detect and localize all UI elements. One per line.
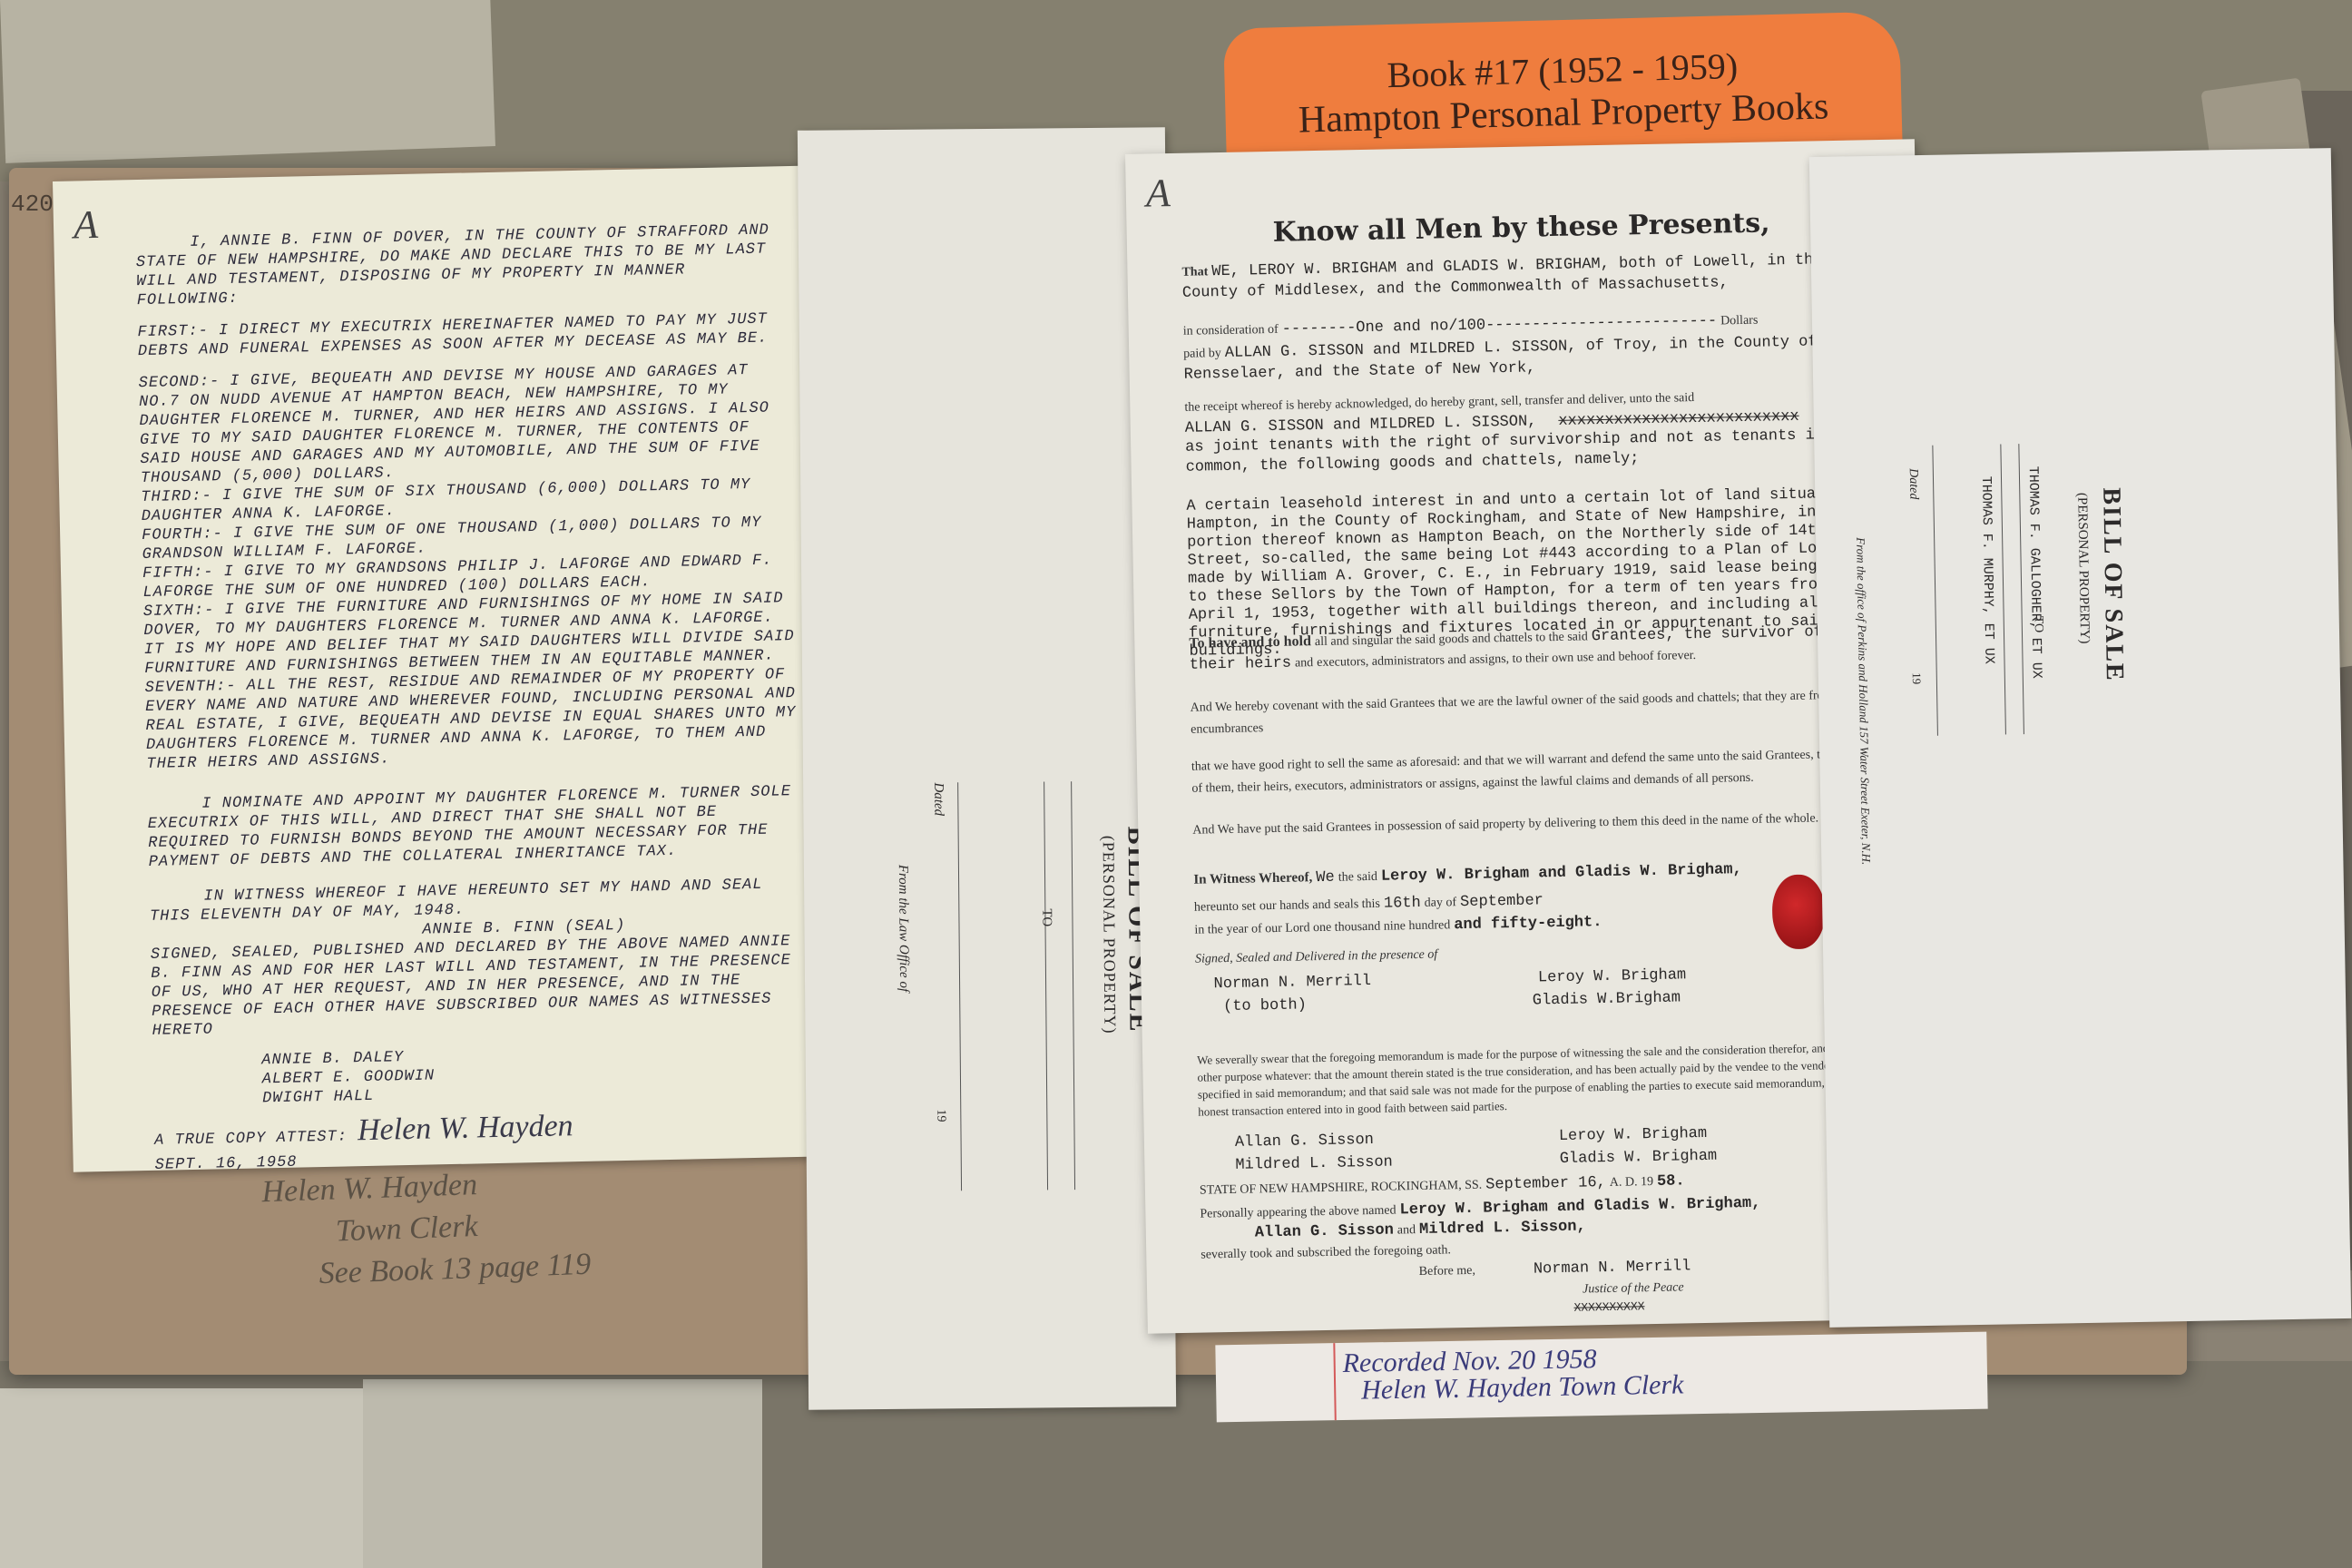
true-copy-label: A TRUE COPY ATTEST:: [154, 1128, 348, 1149]
dated-label: Dated: [1906, 468, 1921, 499]
oath-signature: Allan G. Sisson: [1235, 1132, 1374, 1151]
habendum-lead: To have and to hold: [1189, 633, 1311, 652]
day: 16th: [1384, 895, 1421, 913]
oath-signature: Gladis W. Brigham: [1560, 1148, 1718, 1168]
year-label: 19: [1909, 672, 1924, 684]
oath-signature: Leroy W. Brigham: [1559, 1125, 1708, 1145]
parties-prefix: That: [1181, 265, 1208, 279]
grantors: WE, LEROY W. BRIGHAM and GLADIS W. BRIGH…: [1182, 251, 1823, 302]
appearing-name: Allan G. Sisson: [1255, 1222, 1394, 1242]
attestation-clause: SIGNED, SEALED, PUBLISHED AND DECLARED B…: [151, 932, 806, 1041]
consideration-label: in consideration of: [1183, 323, 1279, 338]
habendum-form: all and singular the said goods and chat…: [1315, 630, 1588, 649]
witness-signature: Norman N. Merrill: [1213, 973, 1371, 993]
hereunto-set: hereunto set: [1194, 899, 1256, 914]
handwritten-notes: Helen W. Hayden Town Clerk See Book 13 p…: [261, 1161, 592, 1297]
witness-we: We: [1316, 869, 1335, 887]
witness-lead: In Witness Whereof,: [1193, 870, 1312, 887]
will-paragraph: SIXTH:- I GIVE THE FURNITURE AND FURNISH…: [143, 589, 799, 679]
month: September: [1460, 892, 1543, 911]
hands-seals: our hands and seals this: [1259, 897, 1380, 914]
cover-subtitle: (PERSONAL PROPERTY): [1099, 836, 1120, 1034]
book-collection-title: Hampton Personal Property Books: [1298, 84, 1829, 142]
law-office-label: From the Law Office of: [895, 865, 911, 992]
buyer-name: THOMAS F. MURPHY, ET UX: [1978, 476, 1997, 664]
will-paragraph: SEVENTH:- ALL THE REST, RESIDUE AND REMA…: [144, 665, 799, 774]
bill-of-sale-cover-right: BILL OF SALE (PERSONAL PROPERTY) THOMAS …: [1809, 148, 2351, 1328]
to-label: TO: [1038, 908, 1053, 926]
warranty-clause: that we have good right to sell the same…: [1191, 743, 1882, 800]
grantor-signature: Leroy W. Brigham: [1538, 966, 1687, 986]
divider-line: [957, 782, 962, 1191]
year-typed: and fifty-eight.: [1454, 914, 1602, 934]
witness-note: (to both): [1223, 996, 1307, 1015]
year-form: in the year of our Lord one thousand nin…: [1194, 918, 1450, 936]
divider-line: [1044, 781, 1048, 1190]
divider-line: [2000, 444, 2006, 734]
law-office-label: From the office of Perkins and Holland 1…: [1852, 537, 1874, 865]
will-paragraph: I, ANNIE B. FINN OF DOVER, IN THE COUNTY…: [135, 220, 790, 310]
margin-line: [1333, 1343, 1336, 1420]
oath-signature: Mildred L. Sisson: [1235, 1154, 1393, 1174]
habendum-and: and: [1295, 656, 1314, 670]
cover-subtitle: (PERSONAL PROPERTY): [2073, 493, 2092, 644]
will-paragraph: I NOMINATE AND APPOINT MY DAUGHTER FLORE…: [147, 782, 802, 872]
venue-date: September 16,: [1485, 1174, 1606, 1194]
day-of: day of: [1425, 896, 1457, 910]
to-label: TO: [2031, 616, 2045, 633]
will-paragraph: SECOND:- I GIVE, BEQUEATH AND DEVISE MY …: [138, 360, 793, 488]
attest-signature: Helen W. Hayden: [358, 1109, 573, 1147]
ad-year: 58.: [1657, 1172, 1685, 1191]
before-me: Before me,: [1419, 1264, 1475, 1279]
desk-paper: [0, 0, 495, 163]
recorded-clerk: Helen W. Hayden Town Clerk: [1361, 1371, 1684, 1404]
divider-line: [1071, 781, 1075, 1190]
corner-mark: A: [1145, 170, 1171, 217]
loose-paper: [363, 1379, 762, 1568]
dated-label: Dated: [930, 782, 946, 816]
justice-signature: Norman N. Merrill: [1534, 1258, 1691, 1278]
wax-seal: [1771, 874, 1826, 949]
will-paragraph: FIRST:- I DIRECT MY EXECUTRIX HEREINAFTE…: [137, 309, 791, 361]
recording-note: Recorded Nov. 20 1958 Helen W. Hayden To…: [1215, 1332, 1987, 1423]
possession-clause: And We have put the said Grantees in pos…: [1192, 807, 1882, 842]
divider-line: [1932, 446, 1938, 736]
page-number: 420: [11, 191, 54, 218]
paid-by-label: paid by: [1183, 347, 1221, 361]
dollars-label: Dollars: [1720, 314, 1758, 328]
grantor-signature: Gladis W.Brigham: [1533, 989, 1681, 1009]
year-label: 19: [933, 1109, 947, 1122]
payers: ALLAN G. SISSON and MILDRED L. SISSON, o…: [1184, 333, 1818, 383]
document-heading: Know all Men by these Presents,: [1126, 204, 1916, 251]
cover-title: BILL OF SALE: [2096, 487, 2129, 682]
corner-mark: A: [73, 215, 99, 235]
habendum-rest: executors, administrators and assigns, t…: [1317, 649, 1696, 670]
grantor-names: Leroy W. Brigham and Gladis W. Brigham,: [1381, 861, 1742, 886]
bill-of-sale-cover: BILL OF SALE (PERSONAL PROPERTY) TO Date…: [798, 127, 1176, 1409]
will-document: A I, ANNIE B. FINN OF DOVER, IN THE COUN…: [53, 166, 827, 1172]
divider-line: [2018, 444, 2024, 734]
appearing-name: Mildred L. Sisson,: [1419, 1218, 1586, 1239]
covenant-clause: And We hereby covenant with the said Gra…: [1191, 684, 1881, 741]
witness-said: the said: [1338, 870, 1377, 885]
appearing-and: and: [1397, 1223, 1416, 1237]
oath-text: We severally swear that the foregoing me…: [1197, 1038, 1887, 1121]
venue: STATE OF NEW HAMPSHIRE, ROCKINGHAM, SS.: [1200, 1179, 1483, 1198]
ad-label: A. D. 19: [1610, 1175, 1654, 1190]
loose-paper: [0, 1388, 399, 1568]
appearing-label: Personally appearing the above named: [1200, 1203, 1396, 1220]
seller-name: THOMAS F. GALLOGHER, ET UX: [2025, 466, 2044, 679]
